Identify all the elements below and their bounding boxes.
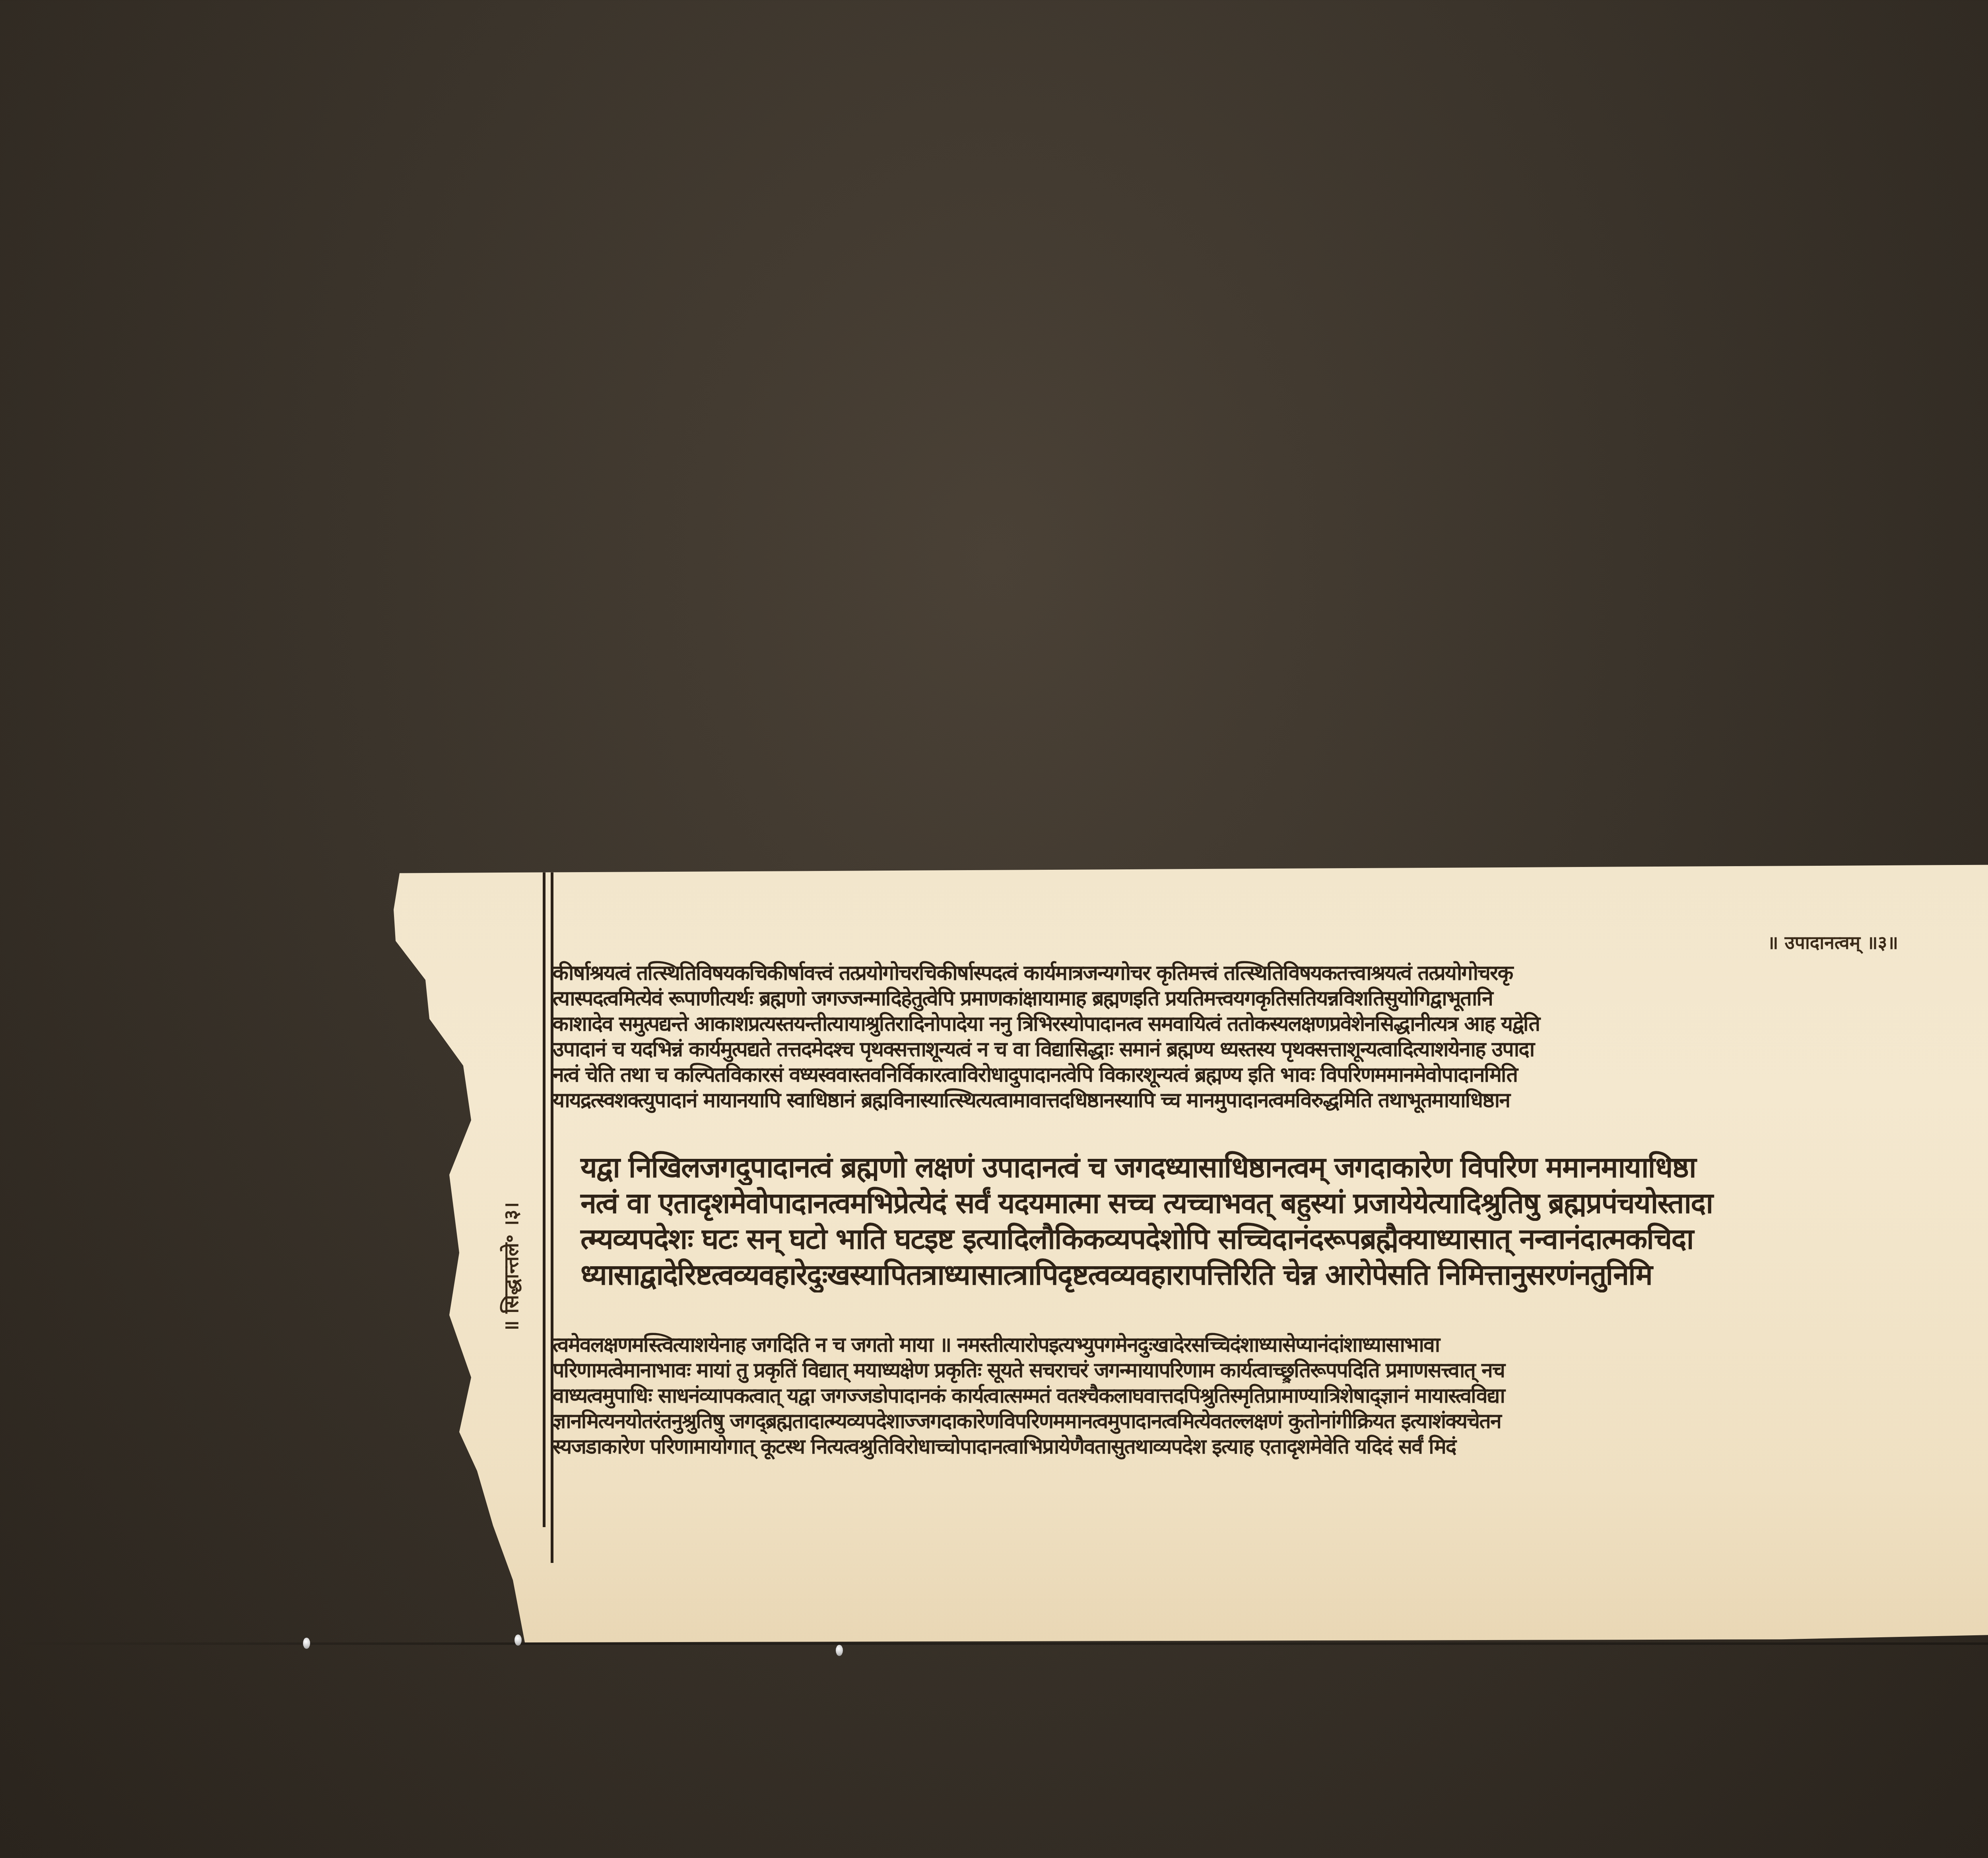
commentary-line: स्यजडाकारेण परिणामायोगात् कूटस्थ नित्यत्… <box>553 1434 1988 1460</box>
main-text-line: त्म्यव्यपदेशः घटः सन् घटो भाति घटइष्ट इत… <box>553 1221 1988 1257</box>
upper-commentary: कीर्षाश्रयत्वं तत्स्थितिविषयकचिकीर्षावत्… <box>553 960 1988 1113</box>
commentary-line: परिणामत्वेमानाभावः मायां तु प्रकृतिं विद… <box>553 1358 1988 1383</box>
commentary-line: त्वमेवलक्षणमस्त्वित्याशयेनाह जगदिति न च … <box>553 1332 1988 1358</box>
commentary-line: कीर्षाश्रयत्वं तत्स्थितिविषयकचिकीर्षावत्… <box>553 960 1988 986</box>
commentary-line: त्यास्पदत्वमित्येवं रूपाणीत्यर्थः ब्रह्म… <box>553 986 1988 1011</box>
pin-icon <box>514 1634 522 1646</box>
commentary-line: काशादेव समुत्पद्यन्ते आकाशप्रत्यस्तयन्ती… <box>553 1011 1988 1037</box>
section-title: ॥ उपादानत्वम् ॥३॥ <box>1767 930 1898 954</box>
main-text: यद्वा निखिलजगदुपादानत्वं ब्रह्मणो लक्षणं… <box>553 1149 1988 1292</box>
main-text-line: नत्वं वा एतादृशमेवोपादानत्वमभिप्रेत्येदं… <box>553 1185 1988 1221</box>
commentary-line: यायद्रत्स्वशक्त्युपादानं मायानयापि स्वाध… <box>553 1088 1988 1113</box>
main-text-line: यद्वा निखिलजगदुपादानत्वं ब्रह्मणो लक्षणं… <box>553 1149 1988 1185</box>
pin-icon <box>836 1645 843 1656</box>
left-margin-title: ॥ सिद्धान्तले॰ ।३। <box>497 1202 524 1332</box>
left-frame-rule-outer <box>543 871 546 1527</box>
commentary-line: वाध्यत्वमुपाधिः साधनंव्यापकत्वात् यद्वा … <box>553 1383 1988 1409</box>
main-text-line: ध्यासाद्वादेरिष्टत्वव्यवहारेदुःखस्यापितत… <box>553 1257 1988 1292</box>
commentary-line: उपादानं च यदभिन्नं कार्यमुत्पद्यते तत्तद… <box>553 1037 1988 1062</box>
pin-icon <box>303 1638 310 1649</box>
commentary-line: ज्ञानमित्यनयोतरंतनुश्रुतिषु जगद्ब्रह्मता… <box>553 1409 1988 1434</box>
commentary-line: नत्वं चेति तथा च कल्पितविकारसं वध्यस्ववा… <box>553 1062 1988 1088</box>
manuscript-leaf: ॥ उपादानत्वम् ॥३॥ ॥८५८ ॥ सिद्धान्तले॰ ।३… <box>390 863 1988 1642</box>
board-seam <box>0 1642 1988 1645</box>
lower-commentary: त्वमेवलक्षणमस्त्वित्याशयेनाह जगदिति न च … <box>553 1332 1988 1460</box>
